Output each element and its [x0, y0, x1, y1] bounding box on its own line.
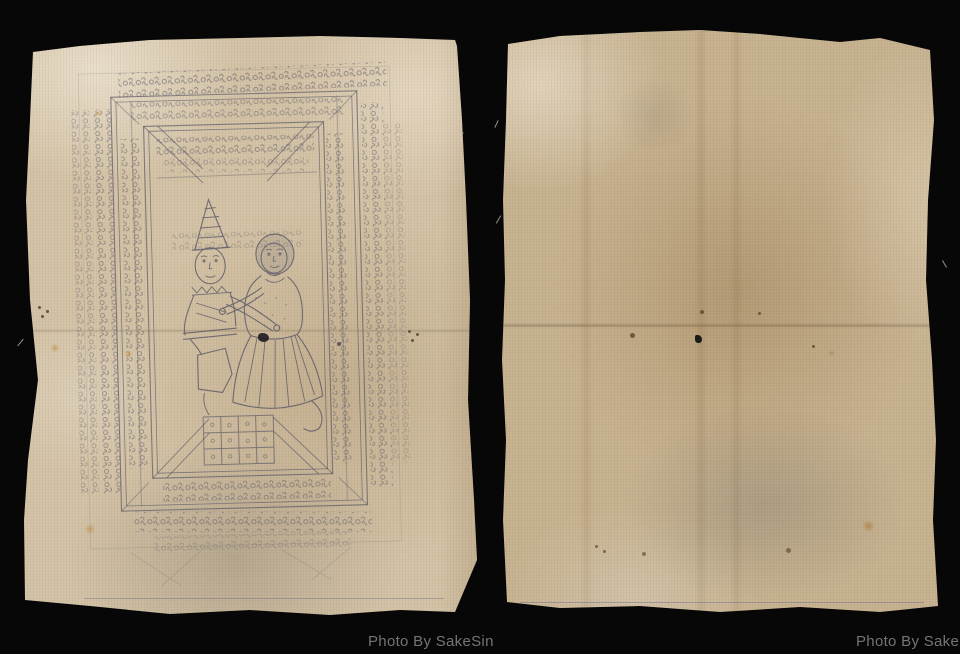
stain-spot	[595, 545, 598, 548]
rust-stain	[828, 350, 835, 356]
frayed-thread	[942, 260, 947, 267]
stain-spot	[408, 330, 411, 333]
frayed-thread	[17, 339, 24, 347]
photo-stage: Photo By SakeSin Photo By SakeS	[0, 0, 960, 654]
stain-spot	[630, 333, 635, 338]
woman-figure	[217, 233, 323, 434]
faint-edge-line	[84, 598, 444, 599]
man-figure	[179, 198, 282, 415]
yantra-cloth-front	[24, 36, 480, 618]
watermark-left: Photo By SakeSin	[368, 633, 494, 650]
stain-spot	[46, 310, 49, 313]
magic-square-grid	[203, 415, 274, 465]
faint-bottom-marks	[131, 547, 352, 587]
hole	[695, 335, 702, 343]
stain-spot	[411, 339, 414, 342]
rust-stain	[124, 350, 133, 358]
stain-spot	[758, 312, 761, 315]
frayed-thread	[494, 120, 498, 128]
stain-spot	[812, 345, 815, 348]
frayed-thread	[496, 215, 501, 223]
yantra-cloth-back	[500, 30, 942, 622]
stain-spot	[38, 306, 41, 309]
pleated-skirt	[231, 334, 323, 410]
stain-spot	[786, 548, 791, 553]
stain-spot	[642, 552, 646, 556]
ink-blot-stain	[258, 333, 269, 342]
stain-spot	[700, 310, 704, 314]
white-boot	[197, 348, 232, 393]
woman-foot	[303, 400, 323, 431]
stain-spot	[337, 342, 341, 346]
rust-stain	[50, 344, 60, 352]
stain-spot	[416, 333, 419, 336]
smudge	[610, 80, 700, 150]
rust-stain	[84, 524, 96, 534]
stain-spot	[603, 550, 606, 553]
stain-spot	[41, 315, 44, 318]
watermark-right: Photo By SakeS	[856, 633, 960, 650]
rust-stain	[94, 110, 102, 117]
rust-stain	[862, 520, 875, 532]
faint-edge-line	[520, 602, 924, 603]
